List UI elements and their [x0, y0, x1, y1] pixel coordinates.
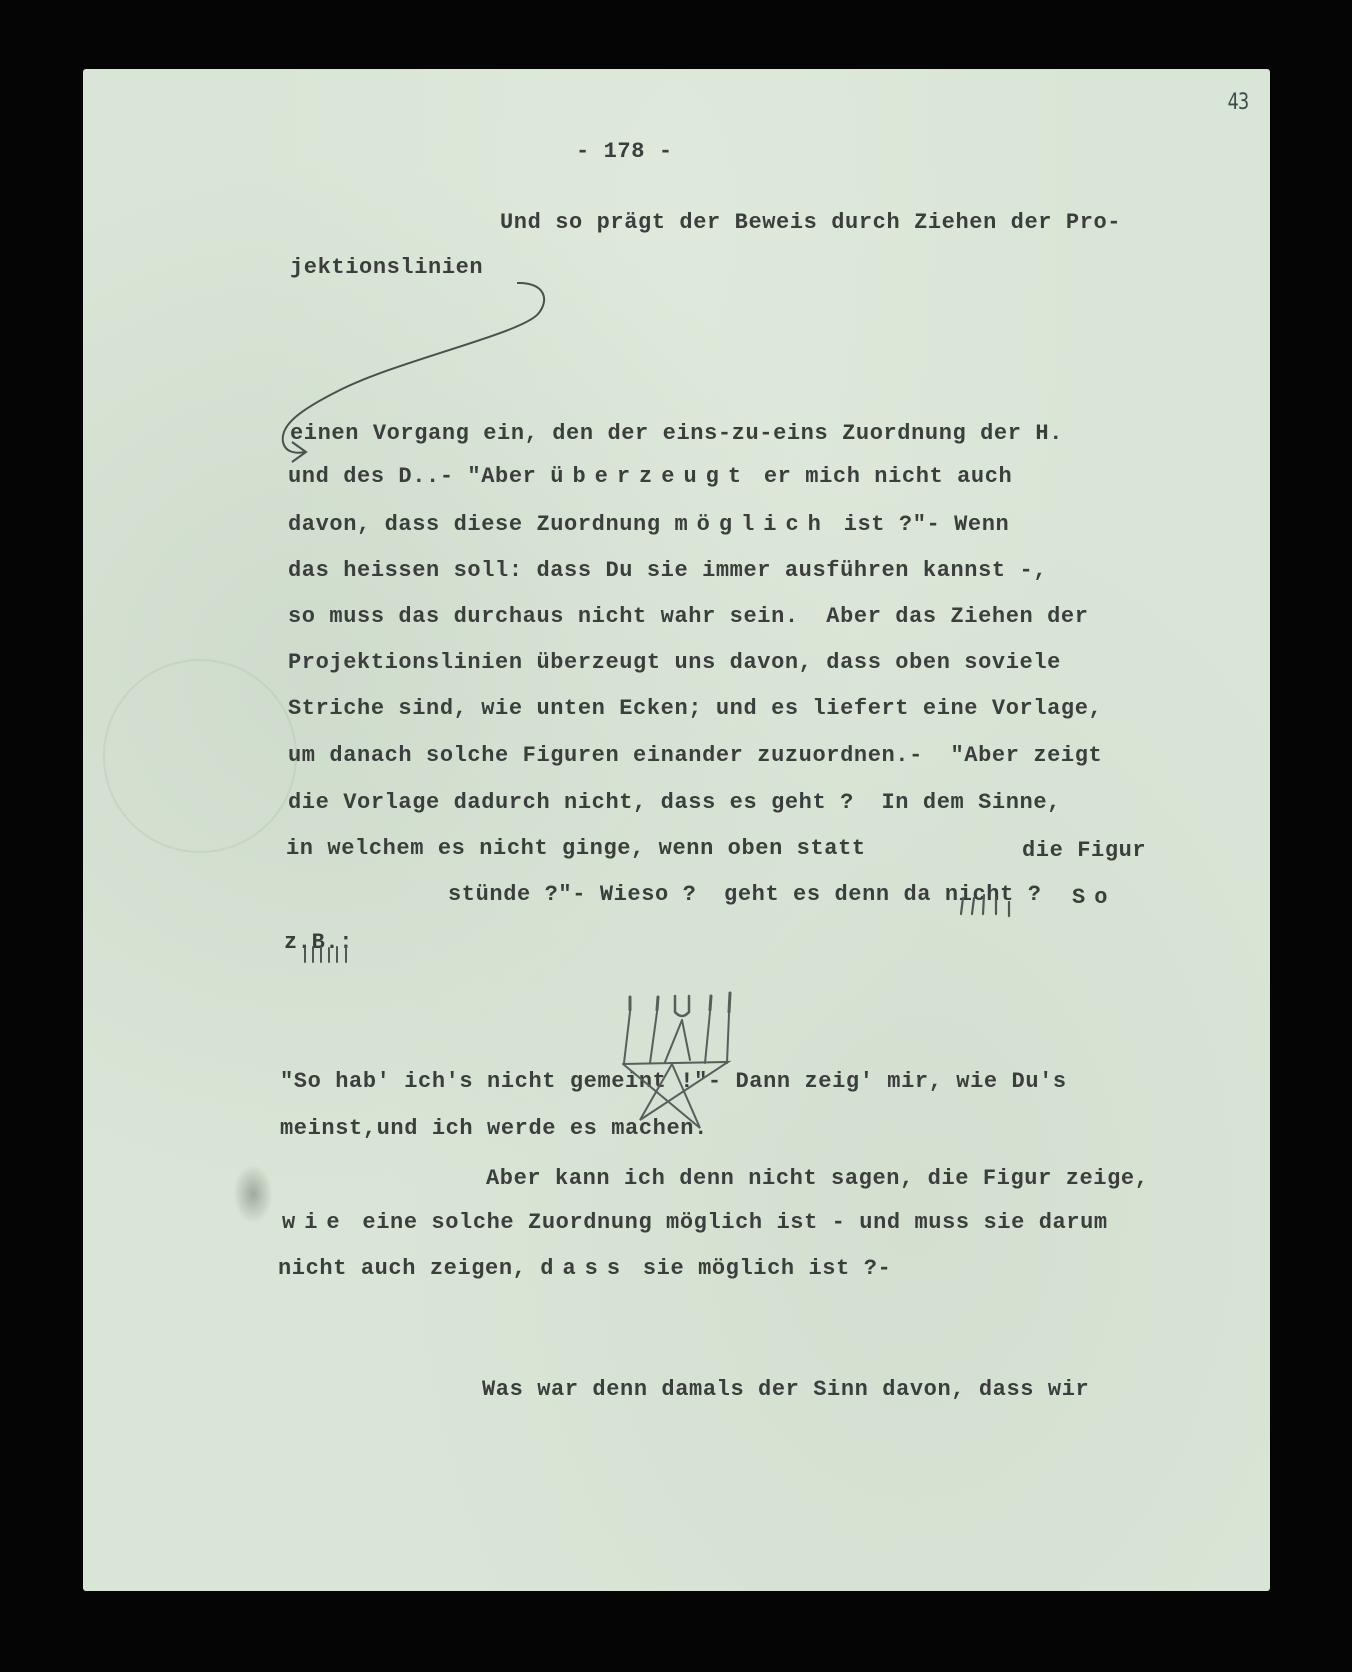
insertion-arrow-icon [283, 283, 544, 462]
handwriting-layer [0, 0, 1352, 1672]
five-strokes-figure [961, 895, 1009, 916]
projection-star-sketch [623, 993, 730, 1128]
six-strokes-figure [305, 947, 346, 962]
